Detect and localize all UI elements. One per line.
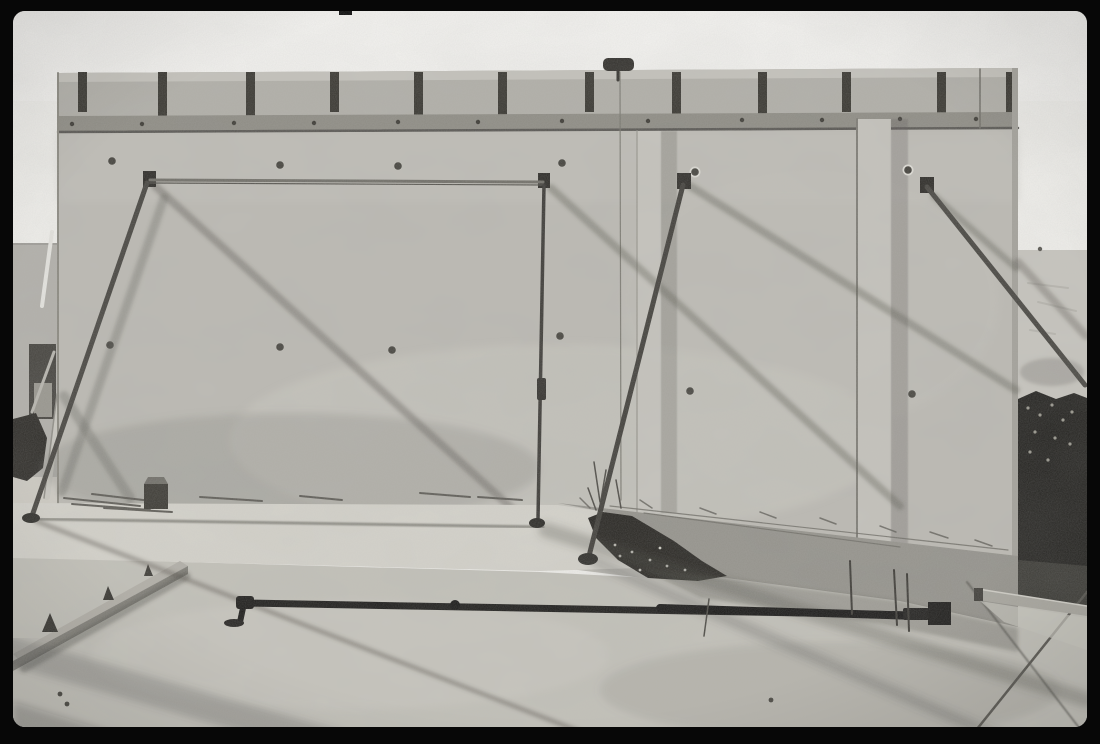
photo-canvas — [0, 0, 1100, 744]
vignette-overlay — [13, 11, 1087, 727]
photo-effects — [13, 11, 1087, 727]
photograph — [0, 0, 1100, 744]
